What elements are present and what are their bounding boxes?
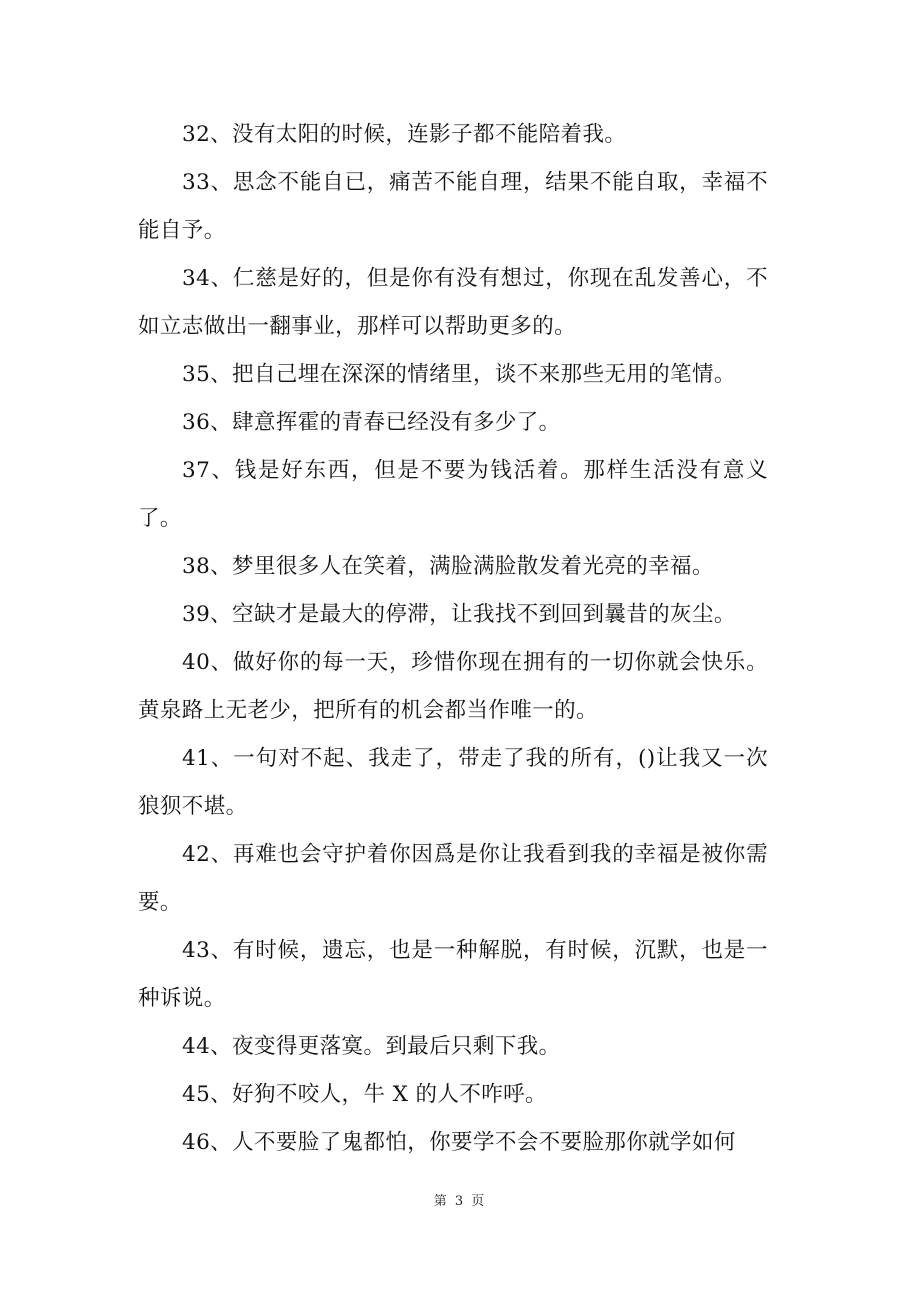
paragraph-34: 34、仁慈是好的，但是你有没有想过，你现在乱发善心，不如立志做出一翻事业，那样可…: [138, 255, 768, 351]
paragraph-46: 46、人不要脸了鬼都怕，你要学不会不要脸那你就学如何: [138, 1119, 768, 1167]
paragraph-38: 38、梦里很多人在笑着，满脸满脸散发着光亮的幸福。: [138, 543, 768, 591]
paragraph-39: 39、空缺才是最大的停滞，让我找不到回到曩昔的灰尘。: [138, 591, 768, 639]
paragraph-33: 33、思念不能自已，痛苦不能自理，结果不能自取，幸福不能自予。: [138, 159, 768, 255]
paragraph-41: 41、一句对不起、我走了，带走了我的所有，()让我又一次狼狈不堪。: [138, 735, 768, 831]
paragraph-32: 32、没有太阳的时候，连影子都不能陪着我。: [138, 111, 768, 159]
paragraph-40: 40、做好你的每一天，珍惜你现在拥有的一切你就会快乐。黄泉路上无老少，把所有的机…: [138, 639, 768, 735]
paragraph-35: 35、把自己埋在深深的情绪里，谈不来那些无用的笔情。: [138, 351, 768, 399]
paragraph-43: 43、有时候，遗忘，也是一种解脱，有时候，沉默，也是一种诉说。: [138, 927, 768, 1023]
paragraph-42: 42、再难也会守护着你因爲是你让我看到我的幸福是被你需要。: [138, 831, 768, 927]
paragraph-36: 36、肆意挥霍的青春已经没有多少了。: [138, 399, 768, 447]
document-page: 32、没有太阳的时候，连影子都不能陪着我。 33、思念不能自已，痛苦不能自理，结…: [0, 0, 920, 1302]
paragraph-45: 45、好狗不咬人，牛 X 的人不咋呼。: [138, 1071, 768, 1119]
document-body: 32、没有太阳的时候，连影子都不能陪着我。 33、思念不能自已，痛苦不能自理，结…: [138, 111, 768, 1167]
paragraph-37: 37、钱是好东西，但是不要为钱活着。那样生活没有意义了。: [138, 447, 768, 543]
paragraph-44: 44、夜变得更落寞。到最后只剩下我。: [138, 1023, 768, 1071]
page-number-footer: 第 3 页: [0, 1190, 920, 1209]
